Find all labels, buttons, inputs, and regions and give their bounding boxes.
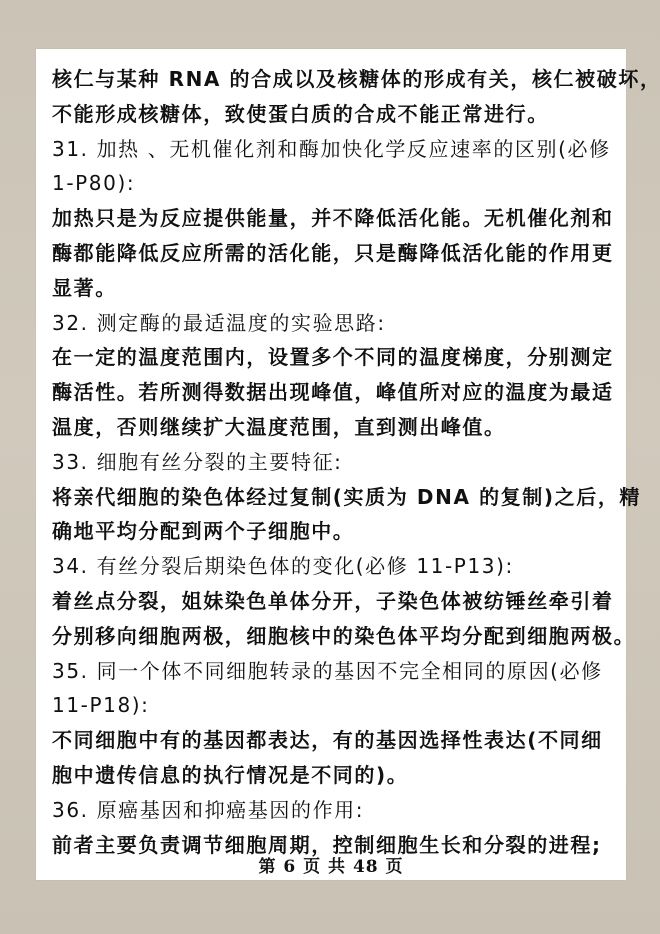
question-heading-35: 35. 同一个体不同细胞转录的基因不完全相同的原因(必修 [52, 654, 618, 689]
question-heading-31-cont: 1-P80): [52, 166, 618, 201]
answer-line: 胞中遗传信息的执行情况是不同的)。 [52, 758, 618, 793]
question-heading-31: 31. 加热 、无机催化剂和酶加快化学反应速率的区别(必修 [52, 132, 618, 167]
answer-line: 显著。 [52, 271, 618, 306]
body-line: 核仁与某种 RNA 的合成以及核糖体的形成有关，核仁被破坏， [52, 62, 618, 97]
page-content: 核仁与某种 RNA 的合成以及核糖体的形成有关，核仁被破坏， 不能形成核糖体，致… [52, 62, 618, 862]
answer-line: 确地平均分配到两个子细胞中。 [52, 514, 618, 549]
answer-line: 酶都能降低反应所需的活化能，只是酶降低活化能的作用更 [52, 236, 618, 271]
answer-line: 酶活性。若所测得数据出现峰值，峰值所对应的温度为最适 [52, 375, 618, 410]
question-heading-34: 34. 有丝分裂后期染色体的变化(必修 11-P13): [52, 549, 618, 584]
question-heading-33: 33. 细胞有丝分裂的主要特征: [52, 445, 618, 480]
question-heading-36: 36. 原癌基因和抑癌基因的作用: [52, 793, 618, 828]
document-page: 核仁与某种 RNA 的合成以及核糖体的形成有关，核仁被破坏， 不能形成核糖体，致… [36, 49, 626, 880]
question-heading-32: 32. 测定酶的最适温度的实验思路: [52, 306, 618, 341]
page-number-footer: 第 6 页 共 48 页 [36, 852, 626, 877]
answer-line: 在一定的温度范围内，设置多个不同的温度梯度，分别测定 [52, 340, 618, 375]
answer-line: 分别移向细胞两极，细胞核中的染色体平均分配到细胞两极。 [52, 619, 618, 654]
question-heading-35-cont: 11-P18): [52, 688, 618, 723]
answer-line: 温度，否则继续扩大温度范围，直到测出峰值。 [52, 410, 618, 445]
body-line: 不能形成核糖体，致使蛋白质的合成不能正常进行。 [52, 97, 618, 132]
answer-line: 着丝点分裂，姐妹染色单体分开，子染色体被纺锤丝牵引着 [52, 584, 618, 619]
answer-line: 加热只是为反应提供能量，并不降低活化能。无机催化剂和 [52, 201, 618, 236]
answer-line: 将亲代细胞的染色体经过复制(实质为 DNA 的复制)之后，精 [52, 480, 618, 515]
answer-line: 不同细胞中有的基因都表达，有的基因选择性表达(不同细 [52, 723, 618, 758]
